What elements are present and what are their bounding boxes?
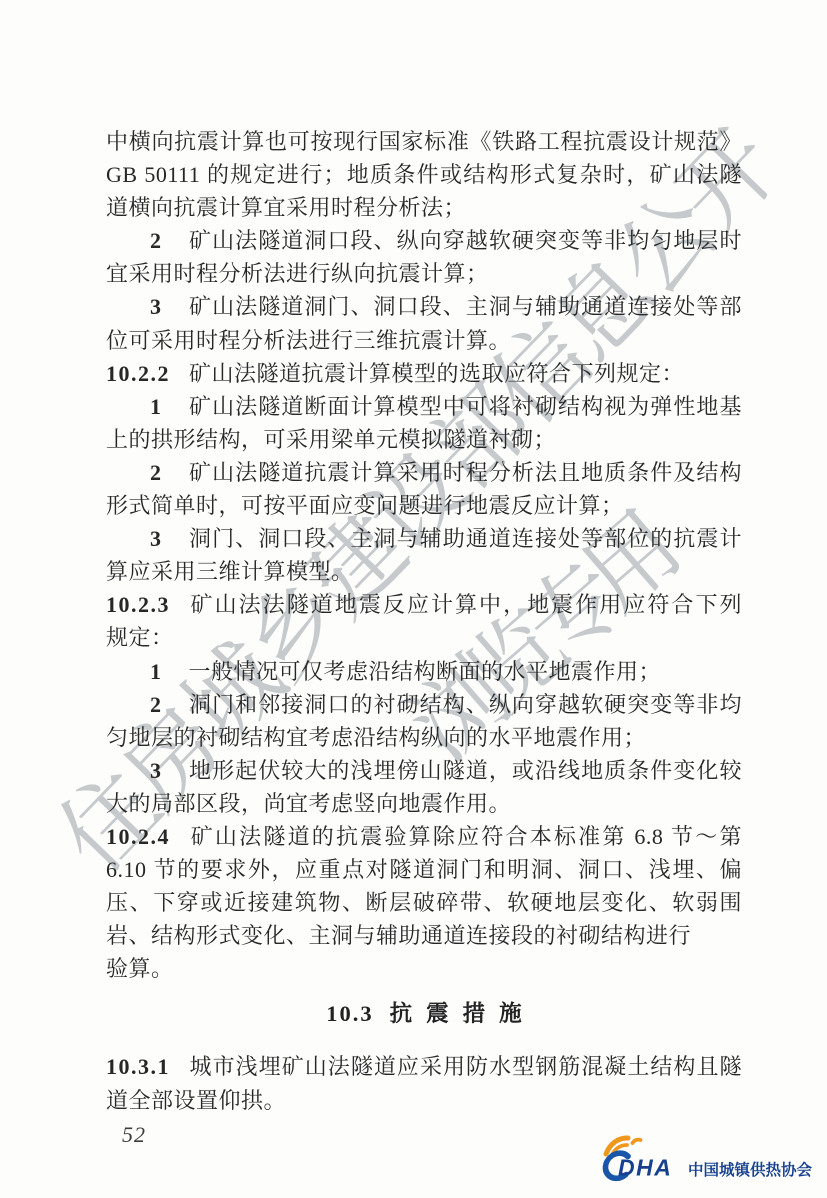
text-line: GB 50111 的规定进行；地质条件或结构形式复杂时，矿山法隧 — [106, 158, 742, 191]
line-text: 匀地层的衬砌结构宜考虑沿结构纵向的水平地震作用； — [106, 725, 646, 750]
line-text: 道横向抗震计算宜采用时程分析法； — [106, 195, 466, 220]
text-line: 2矿山法隧道洞口段、纵向穿越软硬突变等非均匀地层时 — [106, 224, 742, 257]
text-line: 道横向抗震计算宜采用时程分析法； — [106, 191, 742, 224]
line-text: 矿山法隧道洞口段、纵向穿越软硬突变等非均匀地层时 — [189, 228, 743, 253]
clause-number: 2 — [150, 460, 163, 485]
text-line: 上的拱形结构，可采用梁单元模拟隧道衬砌； — [106, 423, 742, 456]
section-number: 10.3 — [326, 1001, 373, 1026]
line-text: 规定： — [106, 625, 174, 650]
line-text: 矿山法法隧道地震反应计算中，地震作用应符合下列 — [189, 592, 742, 617]
text-line: 1矿山法隧道断面计算模型中可将衬砌结构视为弹性地基 — [106, 390, 742, 423]
clause-number: 10.2.3 — [106, 592, 170, 617]
document-body: 中横向抗震计算也可按现行国家标准《铁路工程抗震设计规范》GB 50111 的规定… — [106, 125, 742, 1117]
text-line: 规定： — [106, 621, 742, 654]
text-line: 10.2.2矿山法隧道抗震计算模型的选取应符合下列规定： — [106, 357, 742, 390]
clause-number: 2 — [150, 228, 163, 253]
text-line: 大的局部区段，尚宜考虑竖向地震作用。 — [106, 787, 742, 820]
text-line: 中横向抗震计算也可按现行国家标准《铁路工程抗震设计规范》 — [106, 125, 742, 158]
text-line: 2矿山法隧道抗震计算采用时程分析法且地质条件及结构 — [106, 456, 742, 489]
section-title: 抗震措施 — [390, 1001, 536, 1026]
line-text: 形式简单时，可按平面应变问题进行地震反应计算； — [106, 493, 624, 518]
clause-number: 3 — [150, 294, 163, 319]
section-heading: 10.3抗震措施 — [106, 997, 742, 1030]
scanned-document-page: 住房城乡建设部信息公开 浏览专用 中横向抗震计算也可按现行国家标准《铁路工程抗震… — [0, 0, 827, 1198]
line-text: 宜采用时程分析法进行纵向抗震计算； — [106, 261, 489, 286]
clause-number: 10.2.2 — [106, 361, 170, 386]
line-text: 中横向抗震计算也可按现行国家标准《铁路工程抗震设计规范》 — [106, 129, 742, 154]
cdha-logo-graphic: DHA 中国城镇供热协会 — [598, 1132, 814, 1184]
line-text: 矿山法隧道抗震计算模型的选取应符合下列规定： — [189, 361, 684, 386]
clause-number: 1 — [150, 659, 163, 684]
text-line: 宜采用时程分析法进行纵向抗震计算； — [106, 257, 742, 290]
line-text: 压、下穿或近接建筑物、断层破碎带、软硬地层变化、软弱围 — [106, 890, 742, 915]
text-line: 压、下穿或近接建筑物、断层破碎带、软硬地层变化、软弱围 — [106, 886, 742, 919]
line-text: 地形起伏较大的浅埋傍山隧道，或沿线地质条件变化较 — [189, 758, 743, 783]
line-text: 矿山法隧道洞门、洞口段、主洞与辅助通道连接处等部 — [189, 294, 743, 319]
line-text: 矿山法隧道抗震计算采用时程分析法且地质条件及结构 — [189, 460, 743, 485]
line-text: 洞门和邻接洞口的衬砌结构、纵向穿越软硬突变等非均 — [189, 692, 743, 717]
text-line: 形式简单时，可按平面应变问题进行地震反应计算； — [106, 489, 742, 522]
text-line: 10.3.1城市浅埋矿山法隧道应采用防水型钢筋混凝土结构且隧 — [106, 1050, 742, 1083]
clause-number: 2 — [150, 692, 163, 717]
line-text: 验算。 — [106, 956, 174, 981]
clause-number: 1 — [150, 394, 163, 419]
line-text: 大的局部区段，尚宜考虑竖向地震作用。 — [106, 791, 511, 816]
text-line: 验算。 — [106, 952, 742, 985]
clause-number: 3 — [150, 758, 163, 783]
line-text: 岩、结构形式变化、主洞与辅助通道连接段的衬砌结构进行 — [106, 923, 691, 948]
line-text: 一般情况可仅考虑沿结构断面的水平地震作用； — [189, 659, 662, 684]
page-number: 52 — [122, 1122, 146, 1148]
cdha-logo: DHA 中国城镇供热协会 — [598, 1132, 814, 1189]
line-text: 矿山法隧道的抗震验算除应符合本标准第 6.8 节～第 — [189, 824, 742, 849]
line-text: 道全部设置仰拱。 — [106, 1088, 286, 1113]
text-line: 3地形起伏较大的浅埋傍山隧道，或沿线地质条件变化较 — [106, 754, 742, 787]
text-line: 3矿山法隧道洞门、洞口段、主洞与辅助通道连接处等部 — [106, 290, 742, 323]
line-text: 位可采用时程分析法进行三维抗震计算。 — [106, 328, 511, 353]
text-line: 道全部设置仰拱。 — [106, 1084, 742, 1117]
text-line: 位可采用时程分析法进行三维抗震计算。 — [106, 324, 742, 357]
text-line: 算应采用三维计算模型。 — [106, 555, 742, 588]
line-text: 上的拱形结构，可采用梁单元模拟隧道衬砌； — [106, 427, 556, 452]
text-line: 3洞门、洞口段、主洞与辅助通道连接处等部位的抗震计 — [106, 522, 742, 555]
clause-number: 10.3.1 — [106, 1054, 170, 1079]
logo-org-name: 中国城镇供热协会 — [688, 1160, 813, 1179]
line-text: 算应采用三维计算模型。 — [106, 559, 354, 584]
logo-abbr: DHA — [618, 1155, 672, 1181]
line-text: GB 50111 的规定进行；地质条件或结构形式复杂时，矿山法隧 — [106, 162, 742, 187]
line-text: 城市浅埋矿山法隧道应采用防水型钢筋混凝土结构且隧 — [189, 1054, 742, 1079]
clause-number: 3 — [150, 526, 163, 551]
line-text: 6.10 节的要求外，应重点对隧道洞门和明洞、洞口、浅埋、偏 — [106, 857, 742, 882]
line-text: 矿山法隧道断面计算模型中可将衬砌结构视为弹性地基 — [189, 394, 743, 419]
clause-number: 10.2.4 — [106, 824, 170, 849]
text-line: 6.10 节的要求外，应重点对隧道洞门和明洞、洞口、浅埋、偏 — [106, 853, 742, 886]
text-line: 10.2.4矿山法隧道的抗震验算除应符合本标准第 6.8 节～第 — [106, 820, 742, 853]
text-line: 岩、结构形式变化、主洞与辅助通道连接段的衬砌结构进行 — [106, 919, 742, 952]
text-line: 10.2.3矿山法法隧道地震反应计算中，地震作用应符合下列 — [106, 588, 742, 621]
line-text: 洞门、洞口段、主洞与辅助通道连接处等部位的抗震计 — [189, 526, 743, 551]
text-line: 2洞门和邻接洞口的衬砌结构、纵向穿越软硬突变等非均 — [106, 688, 742, 721]
text-line: 1一般情况可仅考虑沿结构断面的水平地震作用； — [106, 655, 742, 688]
text-line: 匀地层的衬砌结构宜考虑沿结构纵向的水平地震作用； — [106, 721, 742, 754]
